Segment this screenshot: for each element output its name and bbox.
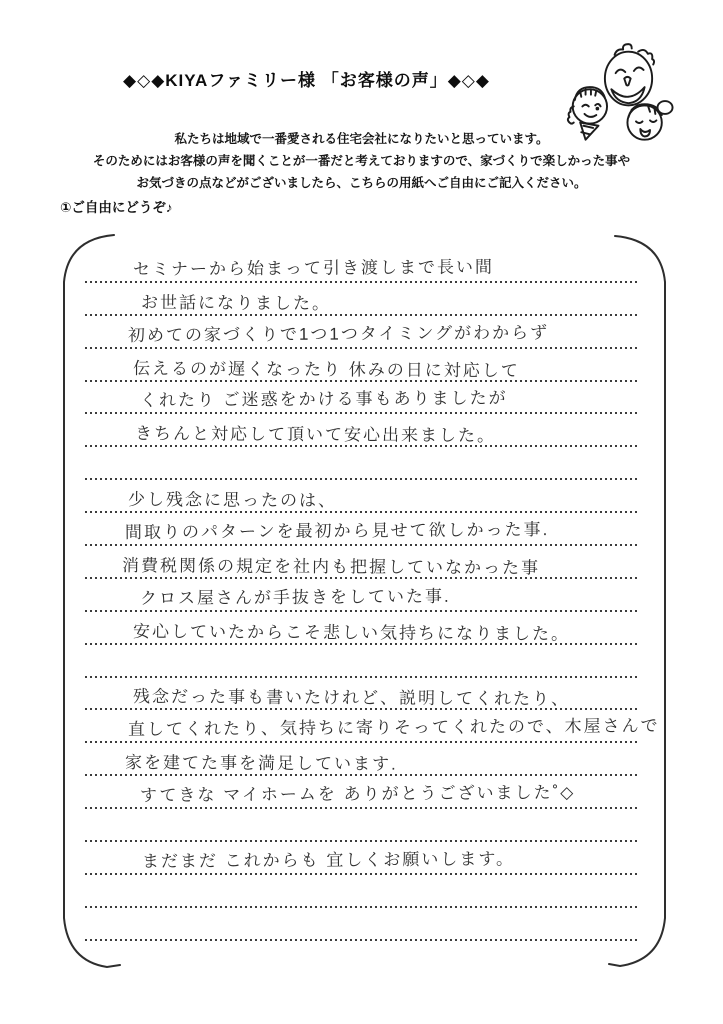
handwritten-line: すてきな マイホームを ありがとうございました˚◇ (62, 776, 668, 809)
intro-line: 私たちは地域で一番愛される住宅会社になりたいと思っています。 (0, 128, 723, 150)
handwritten-line (62, 809, 668, 842)
handwritten-text: お世話になりました。 (141, 288, 331, 314)
handwritten-line: 間取りのパターンを最初から見せて欲しかった事. (62, 513, 668, 546)
handwritten-text: セミナーから始まって引き渡しまで長い間 (133, 252, 494, 280)
scanned-feedback-sheet: ◆◇◆KIYAファミリー様 「お客様の声」◆◇◆ (0, 0, 723, 1024)
handwritten-text: すてきな マイホームを ありがとうございました˚◇ (140, 778, 576, 806)
free-comment-section-label: ①ご自由にどうぞ♪ (60, 196, 173, 216)
handwritten-line: 初めての家づくりで1つ1つタイミングがわからず (62, 316, 668, 349)
handwritten-line (62, 447, 668, 480)
intro-paragraph: 私たちは地域で一番愛される住宅会社になりたいと思っています。 そのためにはお客様… (0, 128, 723, 194)
handwritten-text: 安心していたからこそ悲しい気持ちになりました。 (133, 617, 570, 645)
handwritten-line: 家を建てた事を満足しています. (62, 743, 668, 776)
handwritten-text: 伝えるのが遅くなったり 休みの日に対応して (133, 354, 520, 381)
handwritten-line (62, 645, 668, 678)
handwritten-line: お世話になりました。 (62, 283, 668, 316)
handwritten-text: クロス屋さんが手抜きをしていた事. (140, 582, 451, 609)
handwritten-line: クロス屋さんが手抜きをしていた事. (62, 579, 668, 612)
handwriting-lines: セミナーから始まって引き渡しまで長い間お世話になりました。初めての家づくりで1つ… (62, 250, 668, 941)
page-title: ◆◇◆KIYAファミリー様 「お客様の声」◆◇◆ (0, 66, 613, 91)
handwritten-text: 初めての家づくりで1つ1つタイミングがわからず (128, 318, 549, 346)
handwritten-text: 消費税関係の規定を社内も把握していなかった事 (122, 551, 540, 579)
handwritten-line: 少し残念に思ったのは、 (62, 480, 668, 513)
handwritten-text: きちんと対応して頂いて安心出来ました。 (135, 419, 496, 446)
handwritten-text: まだまだ これからも 宜しくお願いします。 (142, 844, 515, 872)
handwritten-line: まだまだ これからも 宜しくお願いします。 (62, 842, 668, 875)
handwritten-line: 残念だった事も書いたけれど、説明してくれたり、 (62, 678, 668, 711)
comment-writing-box: セミナーから始まって引き渡しまで長い間お世話になりました。初めての家づくりで1つ… (62, 230, 668, 972)
intro-line: お気づきの点などがございましたら、こちらの用紙へご自由にご記入ください。 (0, 172, 723, 194)
intro-line: そのためにはお客様の声を聞くことが一番だと考えておりますので、家づくりで楽しかっ… (0, 150, 723, 172)
handwritten-text: 間取りのパターンを最初から見せて欲しかった事. (125, 515, 550, 543)
handwritten-line: 安心していたからこそ悲しい気持ちになりました。 (62, 612, 668, 645)
handwritten-line: 消費税関係の規定を社内も把握していなかった事 (62, 546, 668, 579)
handwritten-text: 家を建てた事を満足しています. (125, 748, 398, 775)
handwritten-text: 少し残念に思ったのは、 (128, 485, 337, 511)
handwritten-line: セミナーから始まって引き渡しまで長い間 (62, 250, 668, 283)
handwritten-line (62, 875, 668, 908)
handwritten-line (62, 908, 668, 941)
handwritten-line: きちんと対応して頂いて安心出来ました。 (62, 414, 668, 447)
handwritten-text: 残念だった事も書いたけれど、説明してくれたり、 (133, 682, 570, 710)
handwritten-text: 直してくれたり、気持ちに寄りそってくれたので、木屋さんで (128, 712, 660, 741)
handwritten-line: くれたり ご迷惑をかける事もありましたが (62, 382, 668, 415)
handwritten-line: 直してくれたり、気持ちに寄りそってくれたので、木屋さんで (62, 710, 668, 743)
handwritten-text: くれたり ご迷惑をかける事もありましたが (140, 384, 508, 412)
handwritten-line: 伝えるのが遅くなったり 休みの日に対応して (62, 349, 668, 382)
